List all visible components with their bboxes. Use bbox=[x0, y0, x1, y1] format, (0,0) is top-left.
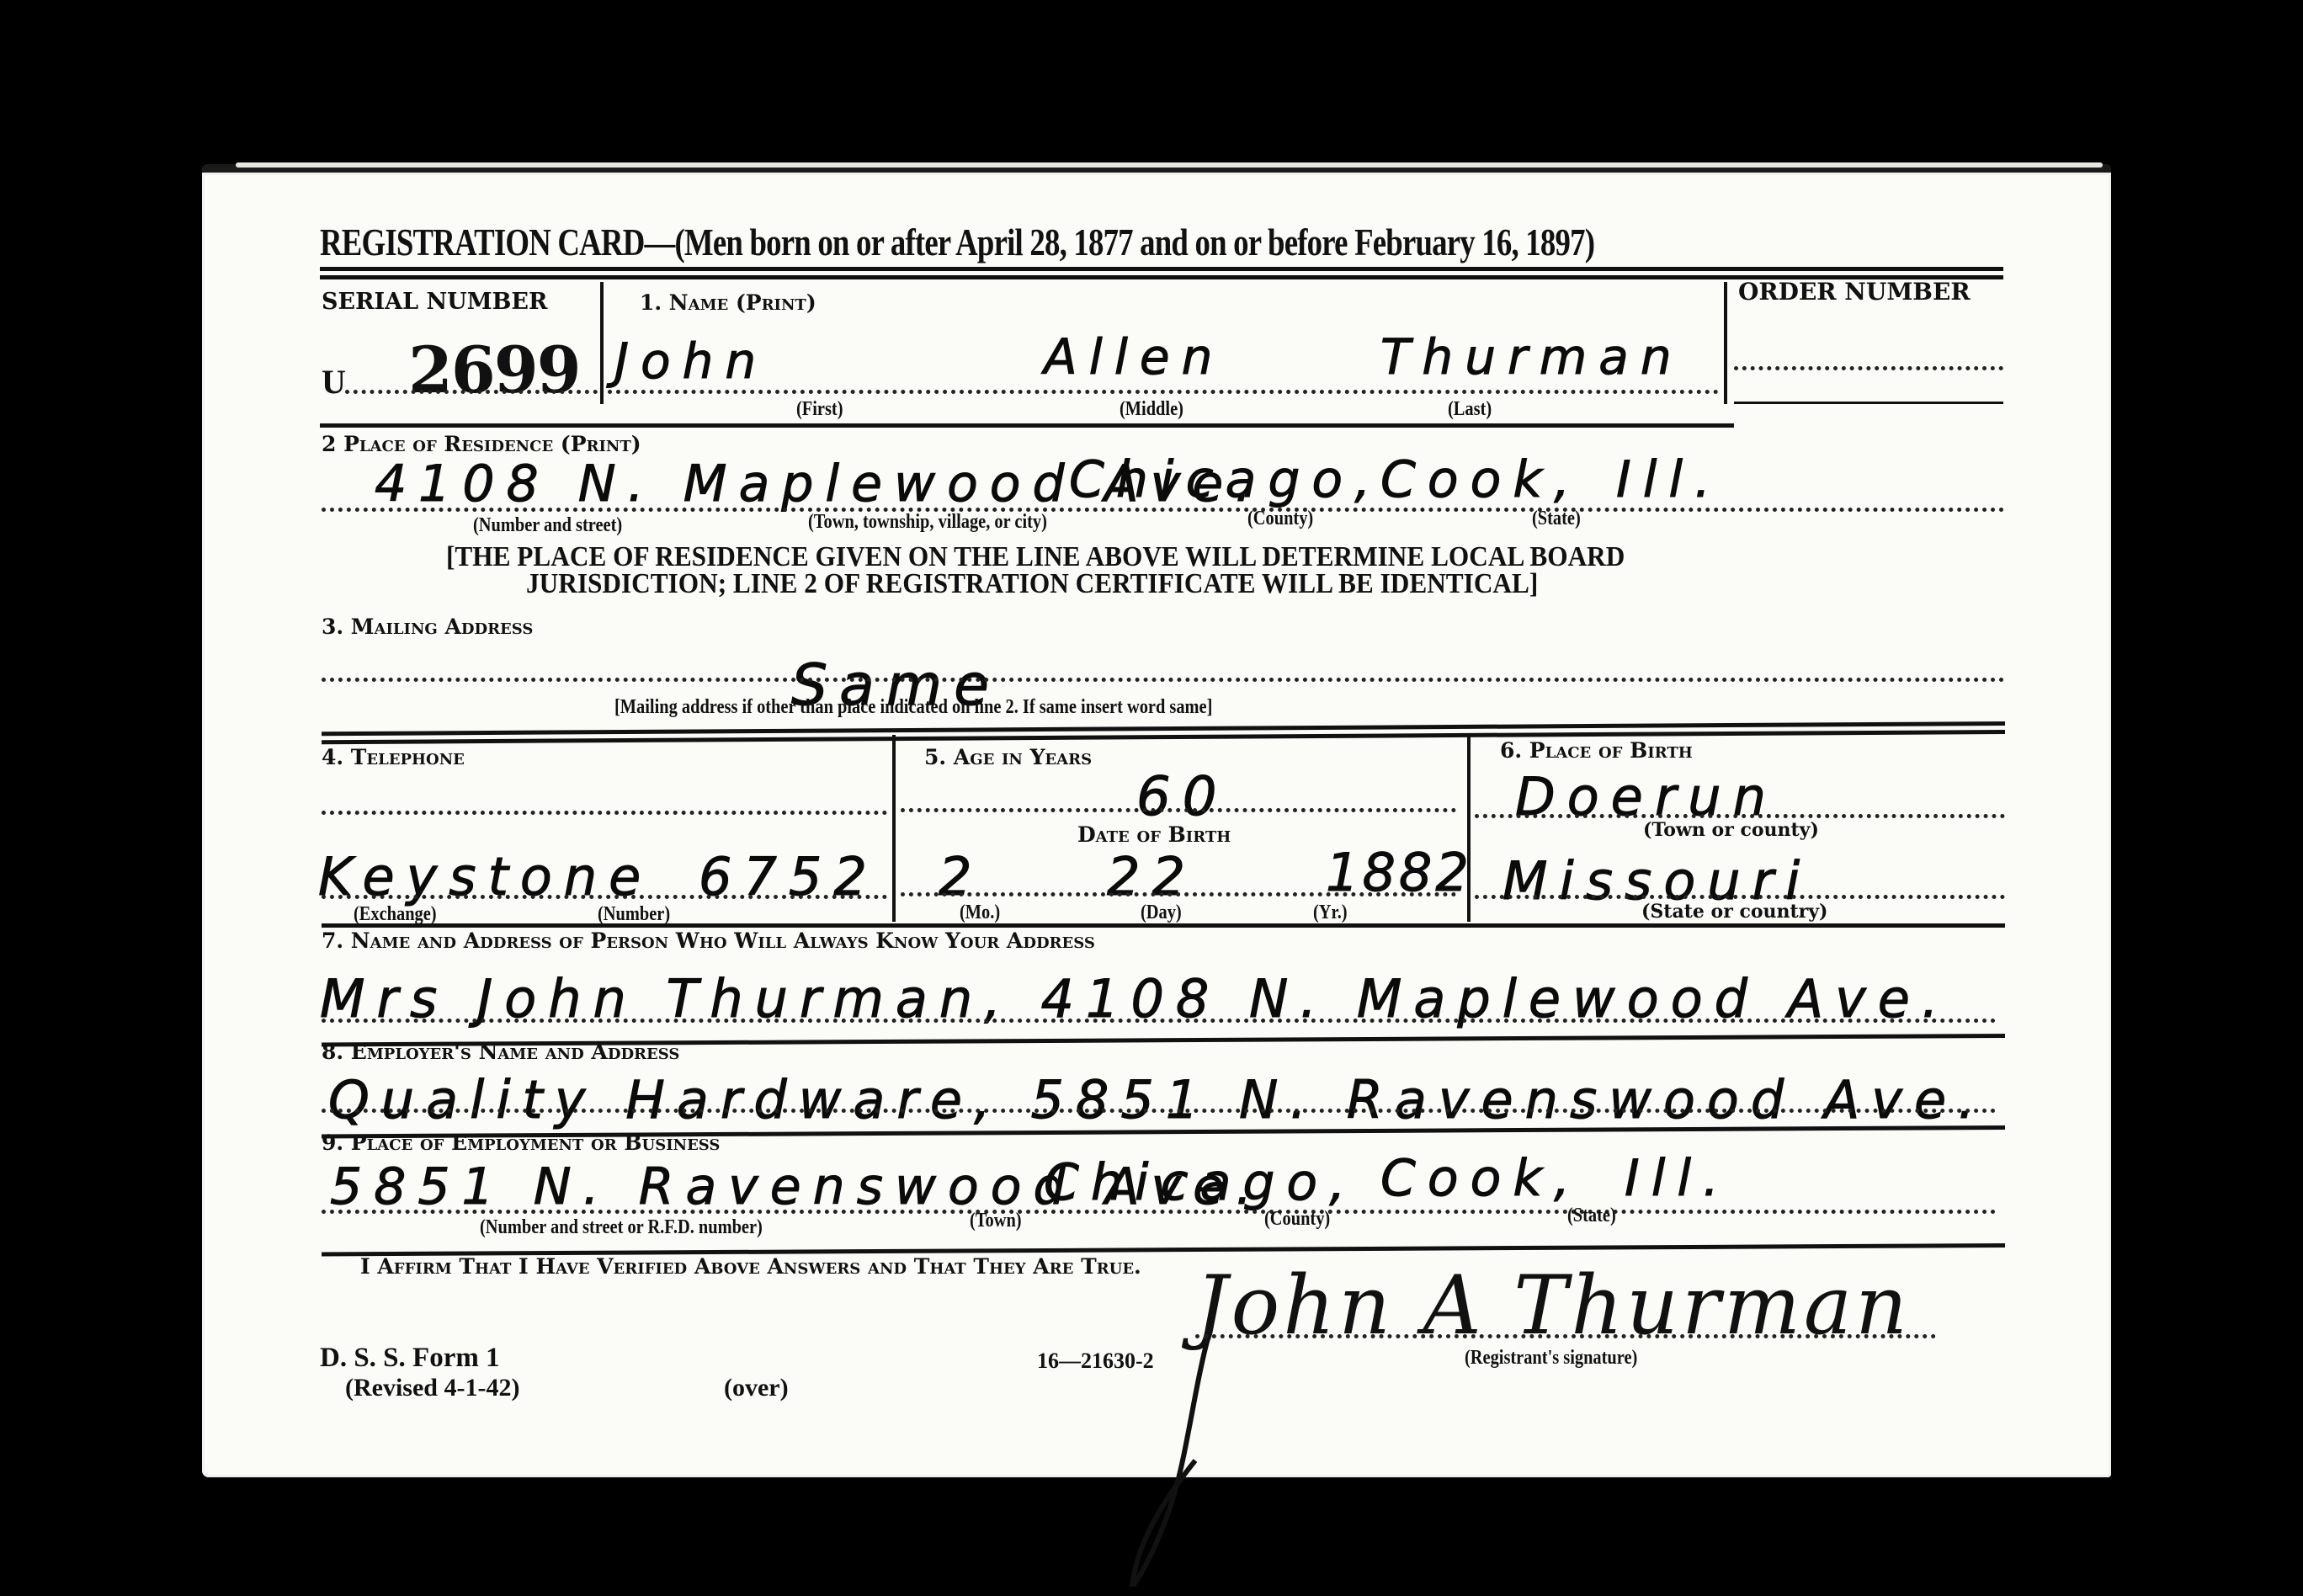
serial-prefix: U bbox=[322, 362, 346, 402]
dob-label: Date of Birth bbox=[1077, 822, 1231, 847]
name-line bbox=[608, 390, 1719, 394]
month-caption: (Mo.) bbox=[960, 902, 1000, 924]
employment-town-caption: (Town) bbox=[970, 1210, 1022, 1232]
contact-label: 7. Name and Address of Person Who Will A… bbox=[322, 928, 1095, 953]
dob-month-value: 2 bbox=[939, 846, 983, 907]
last-caption: (Last) bbox=[1448, 398, 1492, 421]
residence-notice-line2: JURISDICTION; LINE 2 OF REGISTRATION CER… bbox=[526, 568, 1538, 600]
registrant-signature: John A Thurman bbox=[1195, 1258, 1911, 1353]
first-caption: (First) bbox=[796, 398, 843, 421]
age-line bbox=[901, 808, 1456, 812]
name-label: 1. Name (Print) bbox=[640, 290, 816, 315]
number-caption: (Number) bbox=[598, 903, 670, 926]
divider bbox=[600, 282, 604, 404]
city-caption: (Town, township, village, or city) bbox=[808, 511, 1047, 534]
age-label: 5. Age in Years bbox=[924, 745, 1092, 769]
residence-line bbox=[322, 508, 2005, 512]
birthplace-label: 6. Place of Birth bbox=[1500, 738, 1693, 763]
serial-line bbox=[345, 390, 598, 394]
telephone-line-2 bbox=[322, 895, 887, 899]
residence-county-value: Cook, bbox=[1380, 450, 1582, 509]
rule bbox=[320, 423, 1734, 428]
mailing-line bbox=[322, 678, 2005, 682]
card-title: REGISTRATION CARD—(Men born on or after … bbox=[320, 220, 1594, 264]
day-caption: (Day) bbox=[1141, 902, 1182, 924]
divider bbox=[1467, 735, 1471, 922]
residence-city-value: Chicago, bbox=[1069, 450, 1382, 509]
residence-label: 2 Place of Residence (Print) bbox=[322, 432, 641, 456]
order-line bbox=[1734, 366, 2003, 370]
state-country-caption: (State or country) bbox=[1641, 901, 1827, 923]
street-caption: (Number and street) bbox=[473, 514, 622, 537]
rule bbox=[322, 923, 2005, 928]
employment-line bbox=[322, 1210, 1997, 1214]
telephone-line-1 bbox=[322, 811, 887, 815]
form-over: (over) bbox=[724, 1374, 789, 1402]
employment-state-value: Ill. bbox=[1625, 1149, 1731, 1208]
employment-place-label: 9. Place of Employment or Business bbox=[322, 1130, 720, 1155]
state-caption: (State) bbox=[1532, 508, 1581, 530]
employer-label: 8. Employer's Name and Address bbox=[322, 1040, 679, 1064]
mailing-label: 3. Mailing Address bbox=[322, 614, 533, 639]
county-caption: (County) bbox=[1247, 508, 1313, 530]
dob-day-value: 22 bbox=[1107, 846, 1197, 907]
town-county-caption: (Town or county) bbox=[1643, 819, 1819, 841]
form-number: D. S. S. Form 1 bbox=[320, 1343, 500, 1374]
year-caption: (Yr.) bbox=[1313, 902, 1348, 924]
signature-caption: (Registrant's signature) bbox=[1465, 1347, 1637, 1370]
serial-number-label: SERIAL NUMBER bbox=[322, 289, 547, 315]
name-last-value: Thurman bbox=[1380, 328, 1683, 386]
telephone-label: 4. Telephone bbox=[322, 745, 465, 769]
divider bbox=[892, 735, 896, 922]
divider bbox=[1724, 282, 1727, 404]
birthplace-state-line bbox=[1475, 895, 2005, 899]
registration-card: REGISTRATION CARD—(Men born on or after … bbox=[202, 164, 2111, 1477]
mailing-caption: [Mailing address if other than place ind… bbox=[614, 696, 1212, 719]
birthplace-town-line bbox=[1475, 814, 2005, 818]
contact-line bbox=[322, 1019, 1997, 1023]
name-middle-value: Allen bbox=[1044, 328, 1224, 386]
employment-state-caption: (State) bbox=[1567, 1205, 1616, 1227]
print-code: 16—21630-2 bbox=[1037, 1349, 1154, 1374]
residence-state-value: Ill. bbox=[1616, 450, 1722, 509]
rule bbox=[1734, 402, 2003, 404]
exchange-caption: (Exchange) bbox=[354, 903, 437, 926]
middle-caption: (Middle) bbox=[1120, 398, 1183, 421]
form-revised: (Revised 4-1-42) bbox=[345, 1374, 519, 1402]
affirmation-text: I Affirm That I Have Verified Above Answ… bbox=[360, 1254, 1141, 1279]
employer-line bbox=[322, 1109, 1997, 1113]
employment-town-value: Chicago, bbox=[1044, 1153, 1357, 1212]
name-first-value: John bbox=[614, 332, 768, 390]
rule bbox=[320, 267, 2003, 271]
age-value: 60 bbox=[1136, 766, 1228, 828]
employer-value: Quality Hardware, 5851 N. Ravenswood Ave… bbox=[328, 1069, 1987, 1130]
employment-county-value: Cook, bbox=[1380, 1149, 1582, 1208]
employment-county-caption: (County) bbox=[1264, 1208, 1330, 1231]
signature-line bbox=[1195, 1334, 1936, 1338]
serial-number-value: 2699 bbox=[408, 332, 580, 407]
order-number-label: ORDER NUMBER bbox=[1738, 278, 1971, 306]
employment-street-caption: (Number and street or R.F.D. number) bbox=[480, 1216, 763, 1239]
dob-line bbox=[901, 892, 1456, 896]
